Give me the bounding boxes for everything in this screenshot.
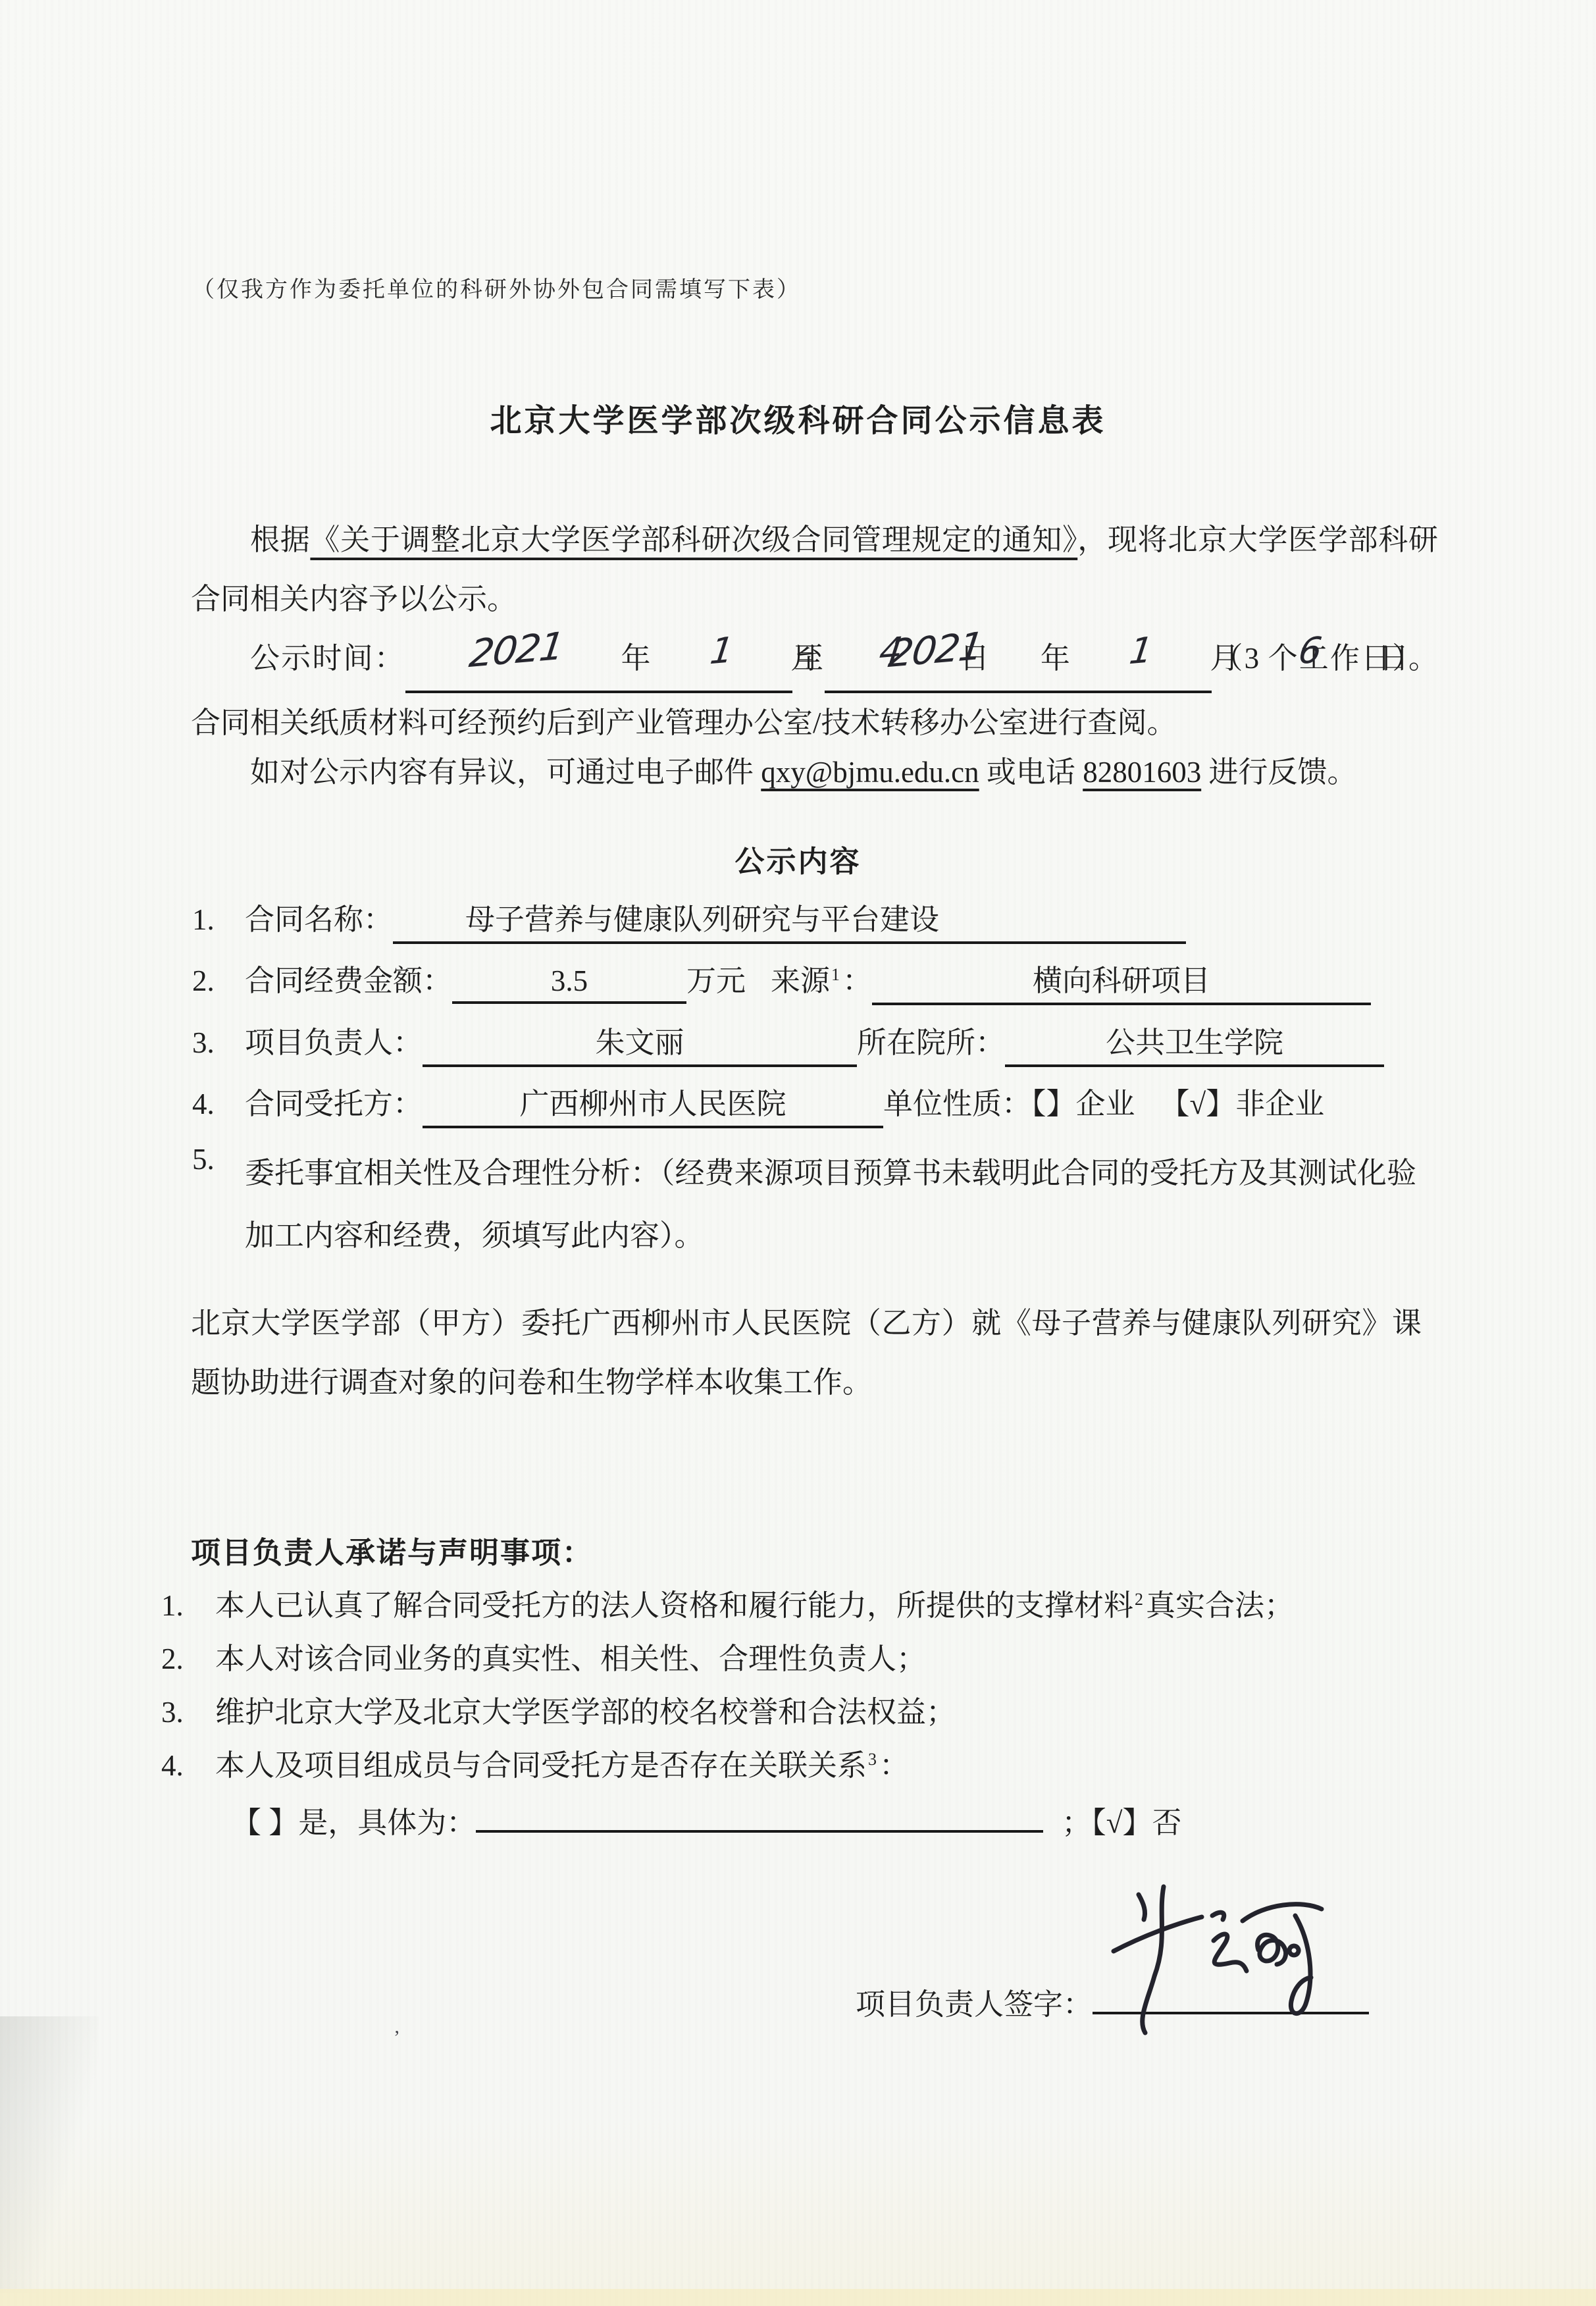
dept-value: 公共卫生学院: [1106, 1026, 1283, 1059]
list-item-contract-amount: 2.合同经费金额：3.5万元来源1：横向科研项目: [192, 956, 1371, 1005]
paragraph-basis: 根据《关于调整北京大学医学部科研次级合同管理规定的通知》，现将北京大学医学部科研…: [191, 510, 1438, 629]
amount-unit: 万元: [686, 964, 746, 997]
checkbox-enterprise: 【】企业: [1031, 1087, 1135, 1120]
scan-corner-shadow: [0, 2016, 99, 2293]
contract-name-field: 母子营养与健康队列研究与平台建设: [393, 895, 1186, 944]
page-title: 北京大学医学部次级科研合同公示信息表: [0, 395, 1596, 440]
declaration-text-post: ：: [879, 1749, 909, 1782]
feedback-pre: 如对公示内容有异议，可通过电子邮件: [250, 756, 761, 789]
item-number: 1.: [161, 1588, 215, 1623]
declaration-text: 本人已认真了解合同受托方的法人资格和履行能力，所提供的支撑材料: [215, 1589, 1133, 1622]
feedback-mid: 或电话: [979, 756, 1083, 789]
paragraph-period: 公示时间：2021年1月4日至2021年1月6日（3 个工作日）。合同相关纸质材…: [191, 625, 1438, 752]
year-label: 年: [562, 629, 651, 688]
handwritten-start-year: 2021: [406, 616, 567, 689]
item-label: 项目负责人：: [245, 1026, 423, 1059]
item-number: 4.: [161, 1748, 215, 1783]
source-colon: ：: [842, 964, 872, 997]
checkbox-yes: 【 】: [232, 1806, 298, 1839]
handwritten-end-month: 1: [1066, 621, 1154, 687]
declaration-item: 2.本人对该合同业务的真实性、相关性、合理性负责人；: [161, 1635, 926, 1677]
declaration-text: 维护北京大学及北京大学医学部的校名校誉和合法权益；: [215, 1696, 956, 1729]
source-label: 来源: [771, 964, 830, 997]
feedback-email: qxy@bjmu.edu.cn: [761, 756, 979, 789]
list-item-project-leader: 3.项目负责人：朱文丽所在院所：公共卫生学院: [192, 1018, 1384, 1067]
item-number: 4.: [192, 1087, 245, 1121]
feedback-post: 进行反馈。: [1201, 756, 1356, 789]
item-label: 合同经费金额：: [245, 964, 452, 997]
trustee-field: 广西柳州市人民医院: [423, 1080, 883, 1128]
list-item-analysis: 5.委托事宜相关性及合理性分析：（经费来源项目预算书未载明此合同的受托方及其测试…: [192, 1142, 1429, 1267]
handwritten-start-month: 1: [646, 621, 735, 687]
footnote-ref-3: 3: [868, 1750, 877, 1769]
nature-label: 单位性质：: [883, 1087, 1031, 1120]
checkbox-no: 【√】: [1091, 1806, 1152, 1839]
section-title: 公示内容: [0, 837, 1596, 880]
leader-field: 朱文丽: [423, 1018, 857, 1067]
relation-line: 【 】是，具体为：；【√】否: [232, 1798, 1182, 1841]
declaration-text: 本人及项目组成员与合同受托方是否存在关联关系: [215, 1749, 867, 1782]
item-label: 合同受托方：: [245, 1087, 423, 1120]
declaration-item: 4.本人及项目组成员与合同受托方是否存在关联关系3：: [161, 1741, 909, 1784]
feedback-phone: 82801603: [1083, 756, 1201, 789]
handwritten-end-day: 6: [1235, 621, 1324, 687]
analysis-text: 委托事宜相关性及合理性分析：（经费来源项目预算书未载明此合同的受托方及其测试化验…: [245, 1142, 1416, 1267]
dept-label: 所在院所：: [857, 1026, 1005, 1059]
regulation-title: 《关于调整北京大学医学部科研次级合同管理规定的通知》: [310, 523, 1077, 556]
paragraph-feedback: 如对公示内容有异议，可通过电子邮件 qxy@bjmu.edu.cn 或电话 82…: [191, 743, 1438, 802]
year-label: 年: [981, 629, 1070, 688]
yes-label: 是，具体为：: [298, 1806, 476, 1839]
item-label: 合同名称：: [245, 903, 393, 936]
basis-pre: 根据: [250, 523, 310, 556]
amount-field: 3.5: [452, 964, 686, 1004]
item-number: 3.: [192, 1026, 245, 1060]
item-number: 2.: [192, 964, 245, 998]
declaration-item: 3.维护北京大学及北京大学医学部的校名校誉和合法权益；: [161, 1688, 956, 1731]
paragraph-entrust: 北京大学医学部（甲方）委托广西柳州市人民医院（乙方）就《母子营养与健康队列研究》…: [191, 1294, 1422, 1412]
signature-label: 项目负责人签字：: [856, 1988, 1093, 2021]
list-item-contract-trustee: 4.合同受托方：广西柳州市人民医院单位性质：【】企业【√】非企业: [192, 1080, 1324, 1128]
leader-value: 朱文丽: [596, 1026, 684, 1059]
declaration-text-post: 真实合法；: [1146, 1589, 1294, 1622]
period-label: 公示时间：: [250, 642, 405, 675]
source-value: 横向科研项目: [1033, 964, 1210, 997]
scan-artifact: ‚: [394, 2016, 400, 2038]
declaration-heading: 项目负责人承诺与声明事项：: [191, 1529, 593, 1571]
document-page: （仅我方作为委托单位的科研外协外包合同需填写下表） 北京大学医学部次级科研合同公…: [0, 0, 1596, 2306]
contract-name-value: 母子营养与健康队列研究与平台建设: [465, 903, 939, 936]
amount-value: 3.5: [551, 964, 588, 997]
checkbox-non-enterprise: 【√】非企业: [1160, 1087, 1325, 1120]
period-end-blank: 2021年1月6日: [825, 625, 1212, 693]
period-start-blank: 2021年1月4日: [405, 625, 792, 693]
analysis-label: 委托事宜相关性及合理性分析：: [245, 1157, 660, 1190]
item-number: 2.: [161, 1642, 215, 1676]
declaration-text: 本人对该合同业务的真实性、相关性、合理性负责人；: [215, 1642, 926, 1675]
relation-detail-field: [476, 1827, 1043, 1833]
item-number: 3.: [161, 1695, 215, 1729]
footnote-ref-1: 1: [831, 965, 840, 984]
signature-handwriting: [1073, 1877, 1362, 2042]
list-item-contract-name: 1.合同名称：母子营养与健康队列研究与平台建设: [192, 895, 1186, 944]
no-label: 否: [1152, 1806, 1182, 1839]
declaration-item: 1.本人已认真了解合同受托方的法人资格和履行能力，所提供的支撑材料2真实合法；: [161, 1581, 1294, 1624]
source-field: 横向科研项目: [872, 956, 1371, 1005]
trustee-value: 广西柳州市人民医院: [520, 1087, 786, 1120]
form-scope-note: （仅我方作为委托单位的科研外协外包合同需填写下表）: [192, 271, 801, 303]
dept-field: 公共卫生学院: [1005, 1018, 1384, 1067]
scan-bottom-edge: [0, 2289, 1596, 2306]
item-number: 5.: [192, 1142, 245, 1176]
semicolon: ；: [1062, 1806, 1091, 1839]
item-number: 1.: [192, 903, 245, 937]
footnote-ref-2: 2: [1135, 1590, 1143, 1609]
